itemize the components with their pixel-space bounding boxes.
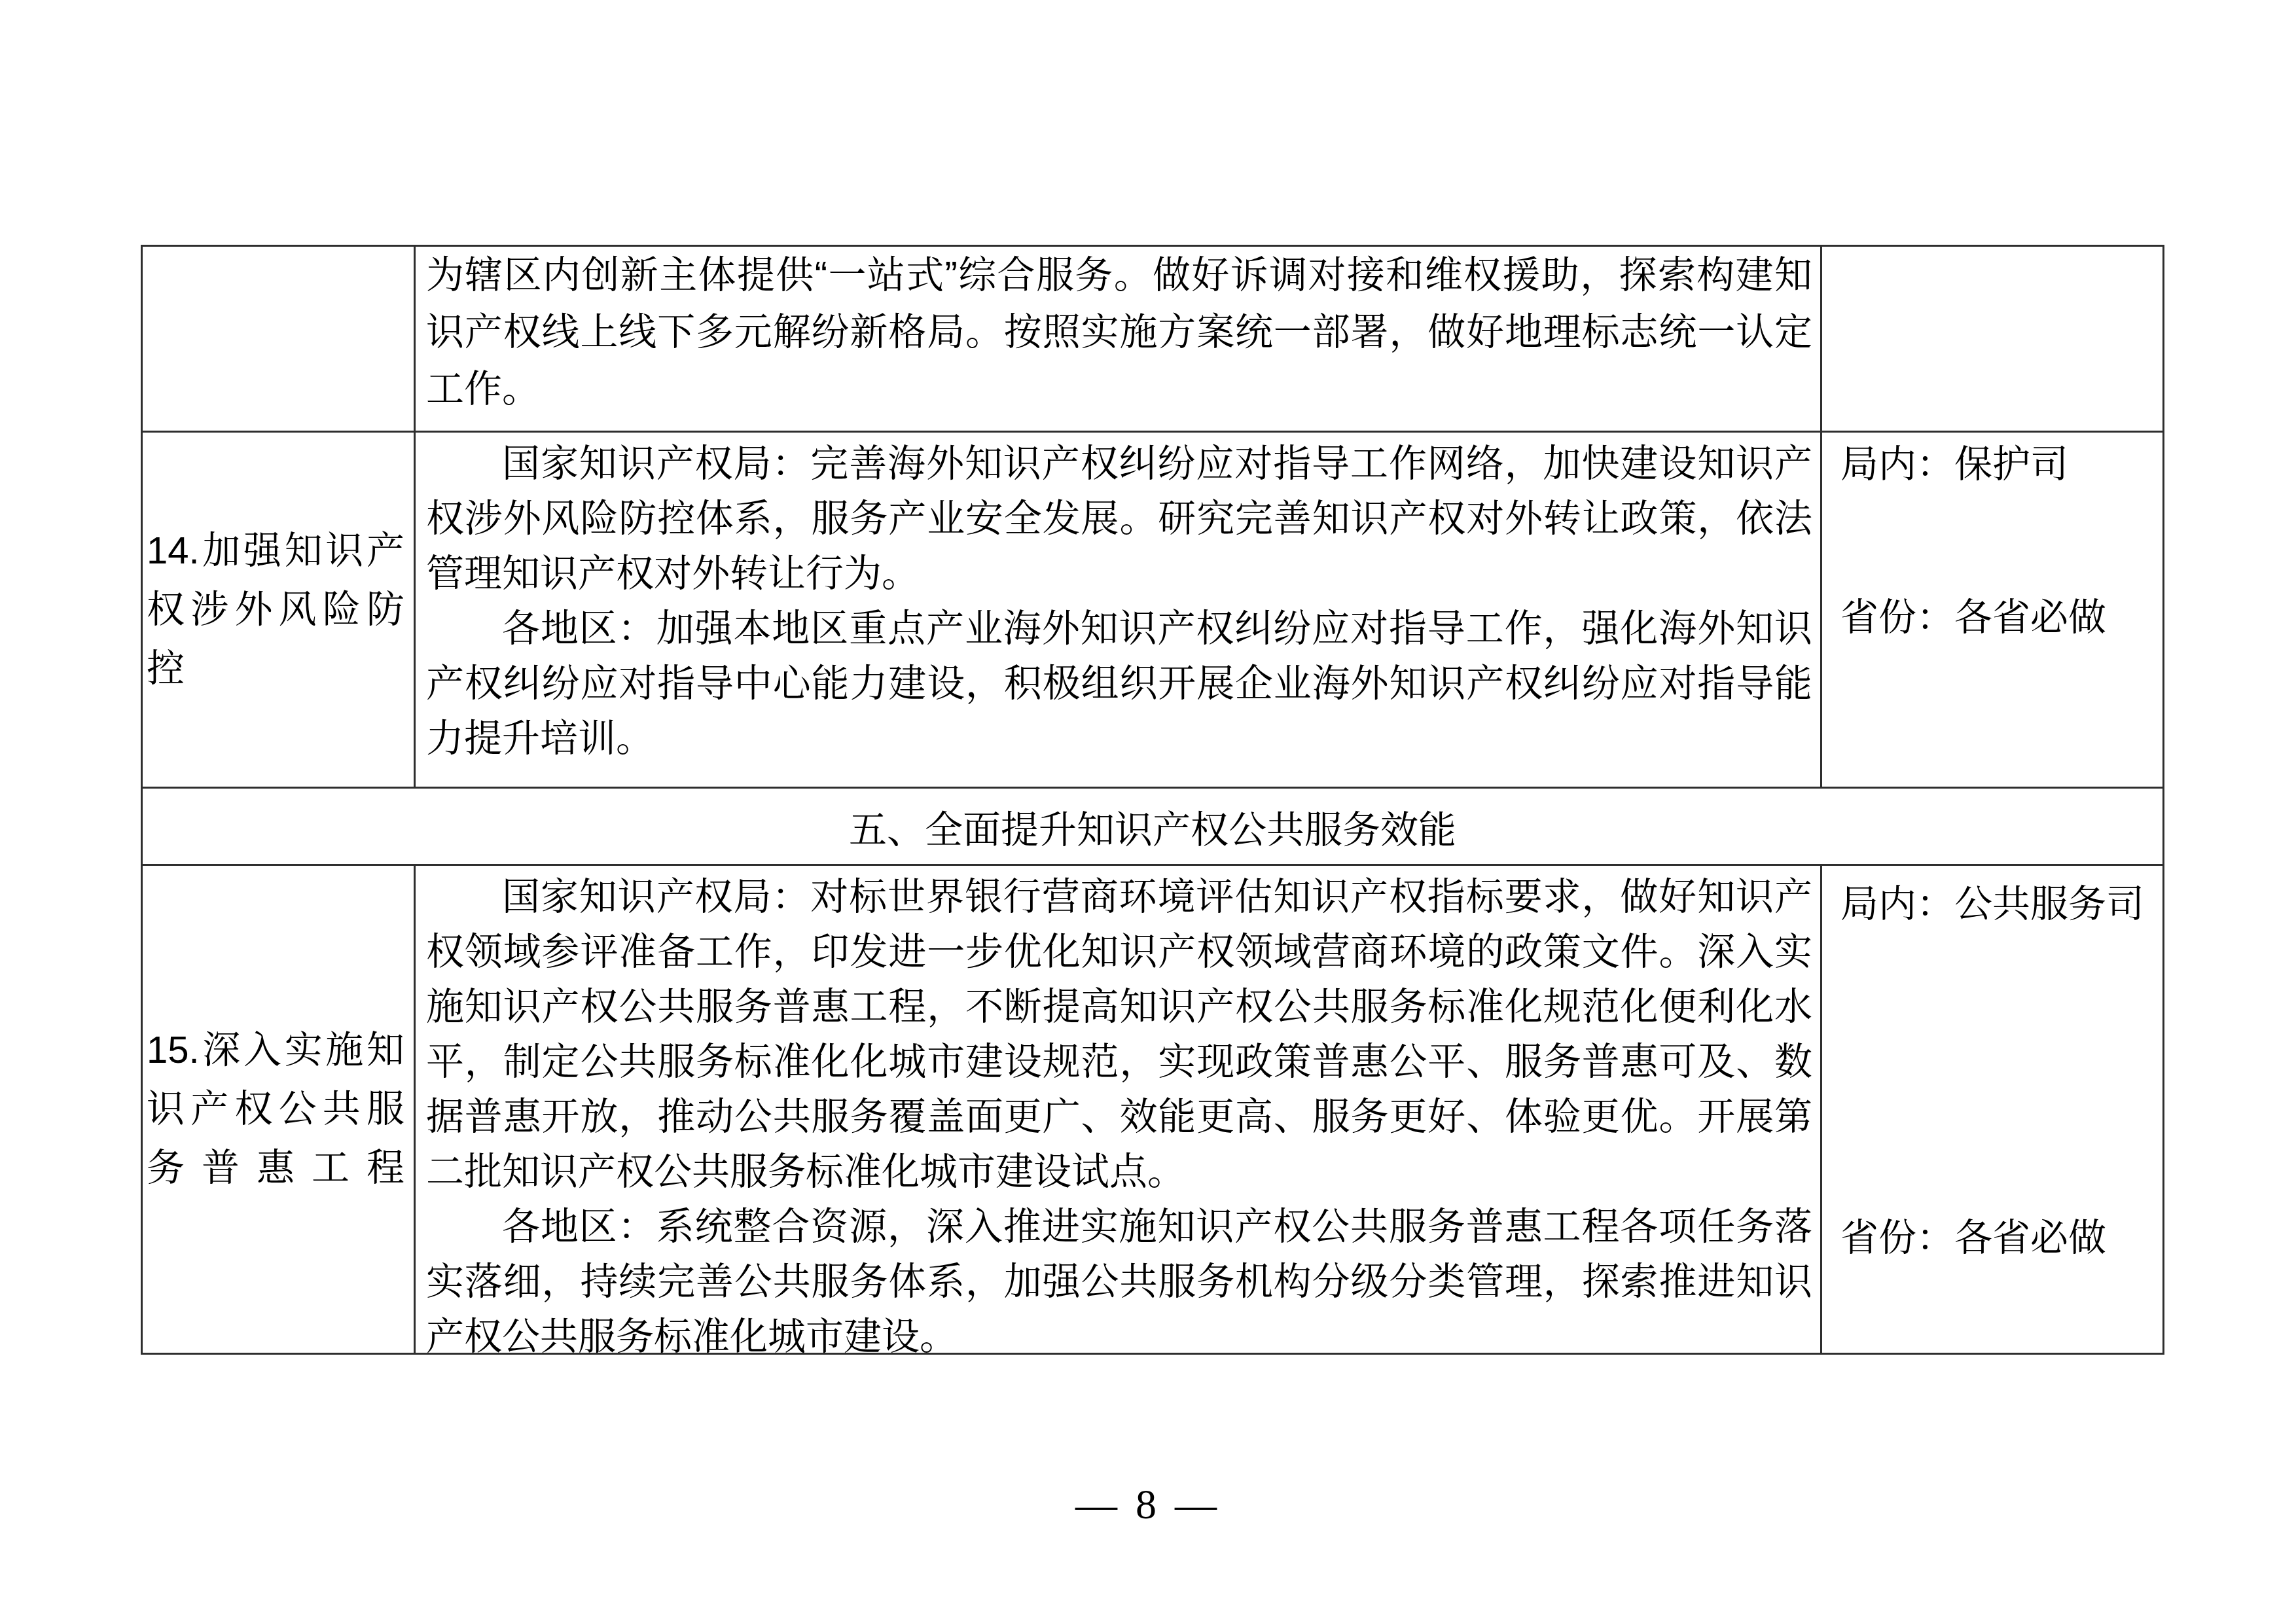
task-14-line-2: 权涉外风险防 bbox=[147, 580, 404, 639]
row-15-bureau: 局内：公共服务司 bbox=[1840, 876, 2159, 932]
page-number: — 8 — bbox=[0, 1480, 2296, 1529]
table-cell-unit-14: 局内：保护司 省份：各省必做 bbox=[1822, 433, 2162, 789]
row-15-province: 省份：各省必做 bbox=[1840, 1210, 2159, 1266]
table-cell-unit-15: 局内：公共服务司 省份：各省必做 bbox=[1822, 866, 2162, 1353]
document-page: 为辖区内创新主体提供“一站式”综合服务。做好诉调对接和维权援助，探索构建知识产权… bbox=[0, 0, 2296, 1623]
table-cell-task-cont bbox=[143, 247, 416, 433]
task-14-line-1: 14.加强知识产 bbox=[147, 522, 404, 580]
task-15-line-2: 识产权公共服 bbox=[147, 1080, 404, 1139]
paragraph-continuation: 为辖区内创新主体提供“一站式”综合服务。做好诉调对接和维权援助，探索构建知识产权… bbox=[426, 247, 1812, 418]
task-15-line-1: 15.深入实施知 bbox=[147, 1021, 404, 1080]
table-cell-task-15: 15.深入实施知 识产权公共服 务普惠工程 bbox=[143, 866, 416, 1353]
task-table: 为辖区内创新主体提供“一站式”综合服务。做好诉调对接和维权援助，探索构建知识产权… bbox=[141, 245, 2164, 1355]
row-14-paragraph-regions: 各地区：加强本地区重点产业海外知识产权纠纷应对指导工作，强化海外知识产权纠纷应对… bbox=[426, 597, 1812, 762]
task-15-line-3: 务普惠工程 bbox=[147, 1139, 404, 1198]
table-cell-content-cont: 为辖区内创新主体提供“一站式”综合服务。做好诉调对接和维权援助，探索构建知识产权… bbox=[416, 247, 1822, 433]
table-cell-task-14: 14.加强知识产 权涉外风险防 控 bbox=[143, 433, 416, 789]
section-header-title: 五、全面提升知识产权公共服务效能 bbox=[849, 799, 1456, 854]
task-14-line-3: 控 bbox=[147, 639, 404, 698]
row-14-province: 省份：各省必做 bbox=[1840, 592, 2159, 643]
table-cell-content-14: 国家知识产权局：完善海外知识产权纠纷应对指导工作网络，加快建设知识产权涉外风险防… bbox=[416, 433, 1822, 789]
row-14-paragraph-national: 国家知识产权局：完善海外知识产权纠纷应对指导工作网络，加快建设知识产权涉外风险防… bbox=[426, 433, 1812, 597]
row-14-bureau: 局内：保护司 bbox=[1840, 439, 2159, 490]
table-cell-content-15: 国家知识产权局：对标世界银行营商环境评估知识产权指标要求，做好知识产权领域参评准… bbox=[416, 866, 1822, 1353]
section-header-row: 五、全面提升知识产权公共服务效能 bbox=[143, 789, 2162, 866]
row-15-paragraph-regions: 各地区：系统整合资源，深入推进实施知识产权公共服务普惠工程各项任务落实落细，持续… bbox=[426, 1196, 1812, 1353]
row-15-paragraph-national: 国家知识产权局：对标世界银行营商环境评估知识产权指标要求，做好知识产权领域参评准… bbox=[426, 866, 1812, 1196]
table-cell-unit-cont bbox=[1822, 247, 2162, 433]
